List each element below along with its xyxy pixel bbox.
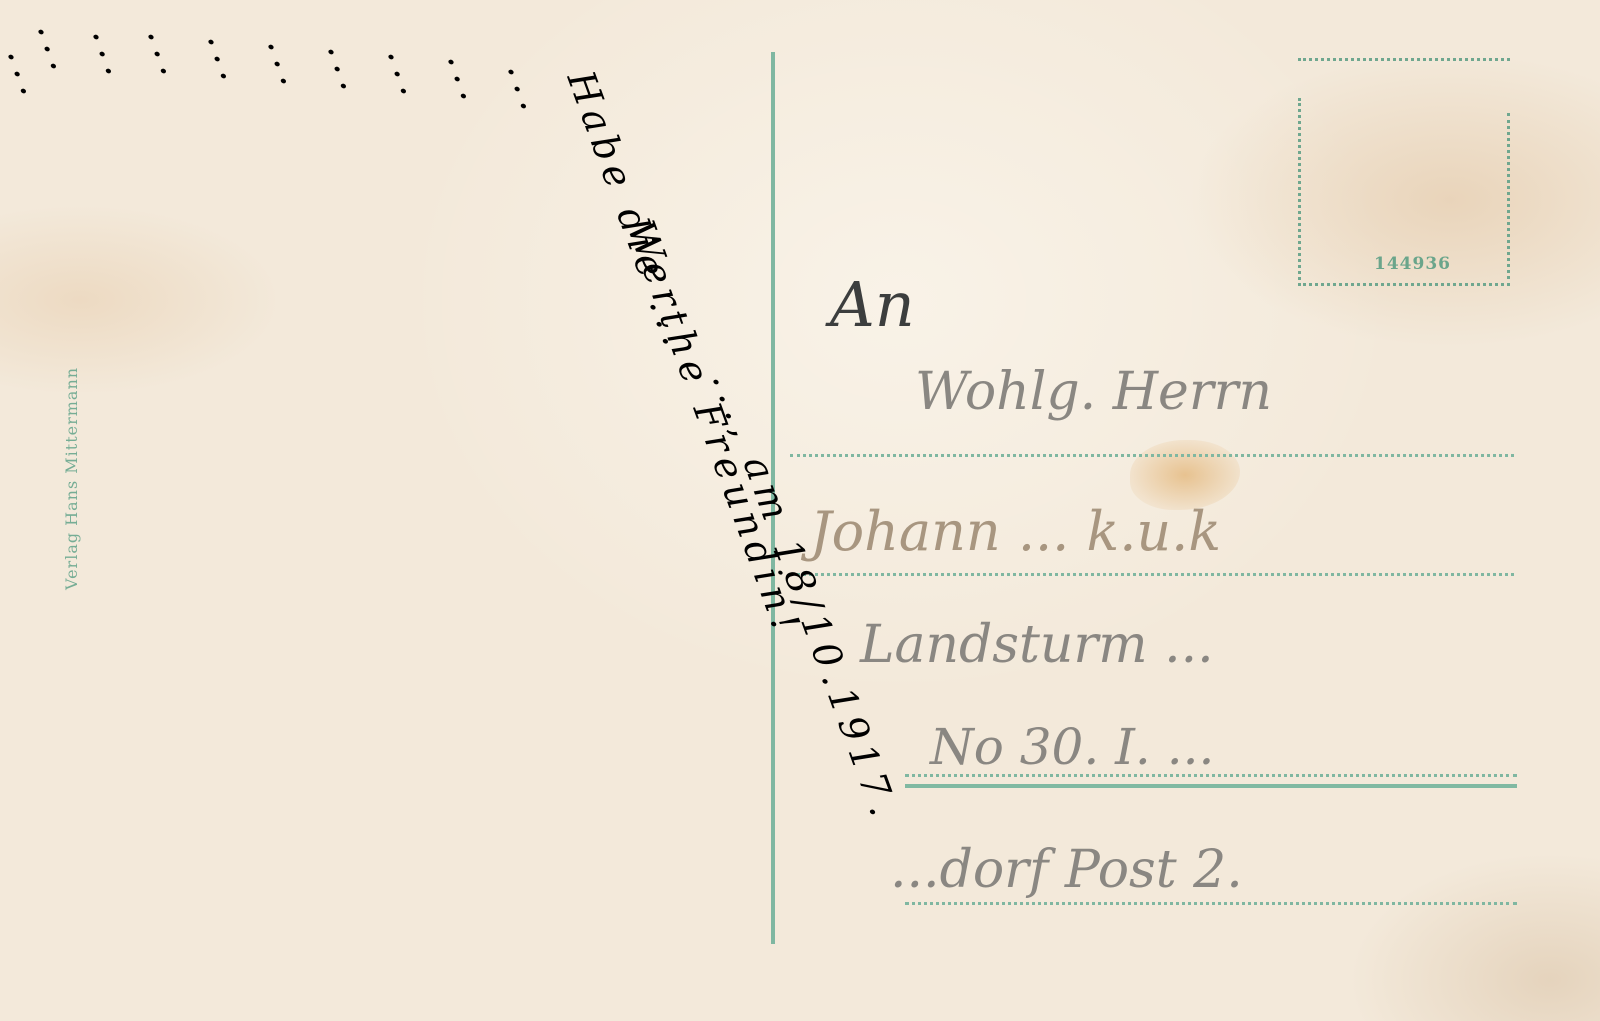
message-line: ...	[84, 20, 144, 86]
address-line-1: Wohlg. Herrn	[915, 362, 1272, 422]
stamp-box-edge	[1298, 98, 1301, 286]
postcard: 144936 Verlag Hans Mittermann An Wohlg. …	[0, 0, 1600, 1021]
message-line: ...	[439, 45, 499, 111]
message-line: ...	[319, 35, 379, 101]
publisher-imprint: Verlag Hans Mittermann	[62, 367, 81, 590]
message-line: ...	[259, 30, 319, 96]
address-salutation: An	[830, 268, 915, 341]
message-line: ...	[499, 55, 559, 121]
message-line: ...	[199, 25, 259, 91]
address-line	[790, 573, 1514, 576]
address-line-2: Johann ... k.u.k	[810, 500, 1221, 563]
stamp-box-edge	[1298, 283, 1510, 286]
message-line: ...	[139, 20, 199, 86]
stamp-box: 144936	[1298, 58, 1510, 286]
address-line-5: ...dorf Post 2.	[890, 840, 1243, 900]
stamp-box-number: 144936	[1374, 254, 1451, 274]
address-line	[905, 902, 1517, 905]
address-line-3: Landsturm ...	[860, 615, 1214, 675]
stamp-box-edge	[1507, 113, 1510, 286]
message-line: ...	[379, 40, 439, 106]
stamp-box-edge	[1298, 58, 1510, 61]
address-line	[790, 454, 1514, 457]
address-line-4: No 30. I. ...	[930, 718, 1214, 776]
address-line-solid	[905, 784, 1517, 788]
message-line: Habe die ...	[559, 65, 701, 356]
